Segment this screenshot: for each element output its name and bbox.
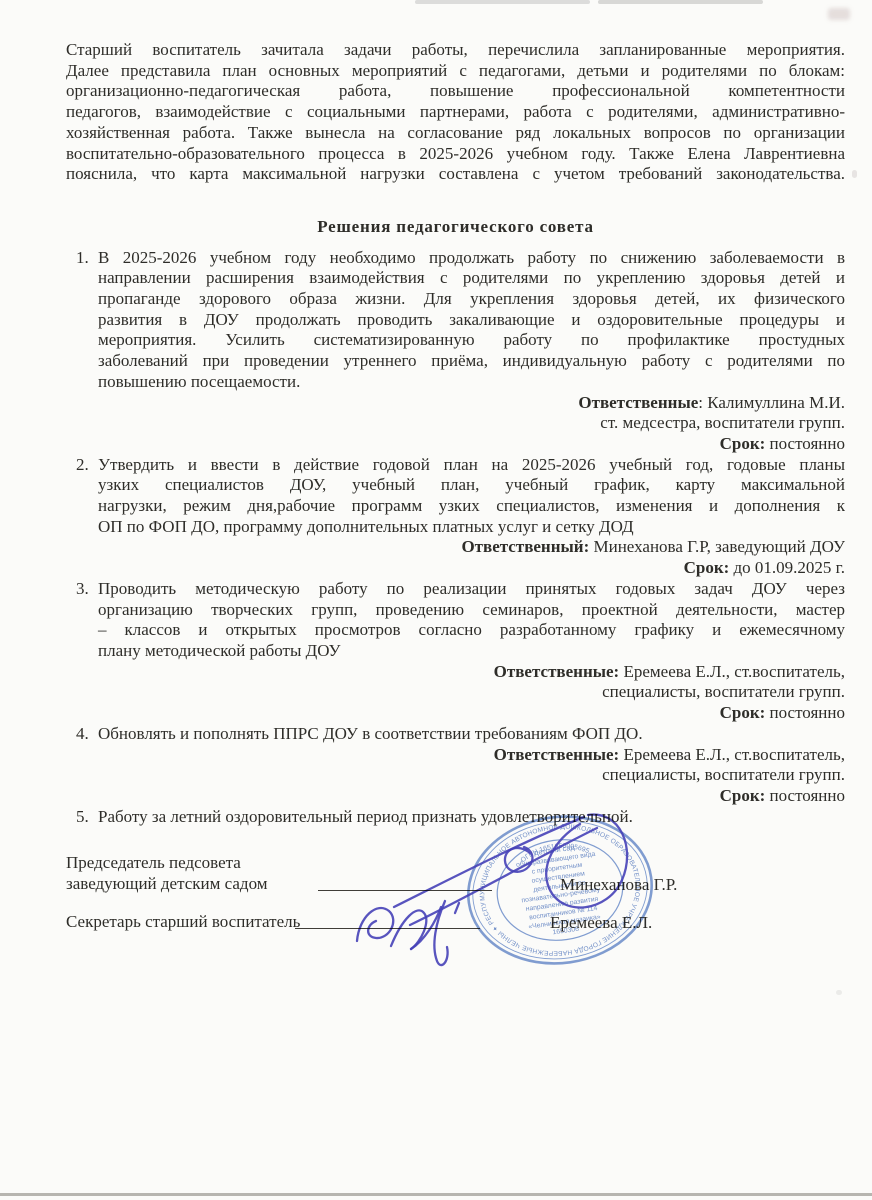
intro-line: хозяйственная работа. Также вынесла на с… [66,123,845,144]
intro-line: пояснила, что карта максимальной нагрузк… [66,164,845,185]
decision-line: Утвердить и ввести в действие годовой пл… [98,455,845,476]
intro-line: воспитательно-образовательного процесса … [66,144,845,165]
section-heading: Решения педагогического совета [66,217,845,238]
responsible-line: Ответственные: Калимуллина М.И. [98,393,845,414]
responsible-line: ст. медсестра, воспитатели групп. [98,413,845,434]
secretary-signature-line [295,928,480,929]
responsible-line: Срок: постоянно [98,786,845,807]
scan-edge-line [0,1193,872,1196]
decision-line: Работу за летний оздоровительный период … [98,807,845,828]
decision-line: Обновлять и пополнять ППРС ДОУ в соответ… [98,724,845,745]
decision-item: 4.Обновлять и пополнять ППРС ДОУ в соотв… [66,724,845,807]
responsible-line: специалисты, воспитатели групп. [98,765,845,786]
decision-line: В 2025-2026 учебном году необходимо прод… [98,248,845,269]
decision-line: пропаганде здорового образа жизни. Для у… [98,289,845,310]
document-body: Старший воспитатель зачитала задачи рабо… [66,40,845,827]
decision-item: 5.Работу за летний оздоровительный перио… [66,807,845,828]
scan-artifact [836,990,842,995]
chairman-role-row1: Председатель педсовета [66,852,845,873]
decision-line: направлении расширения взаимодействия с … [98,268,845,289]
scan-artifact [852,170,857,178]
responsible-line: Срок: постоянно [98,703,845,724]
responsible-line: Ответственные: Еремеева Е.Л., ст.воспита… [98,662,845,683]
signature-block: Председатель педсовета заведующий детски… [66,852,845,932]
decision-line: заболеваний при проведении утреннего при… [98,351,845,372]
chairman-role-line2: заведующий детским садом [66,874,268,893]
scan-artifact [598,0,763,4]
decision-line: ОП по ФОП ДО, программу дополнительных п… [98,517,845,538]
intro-paragraph: Старший воспитатель зачитала задачи рабо… [66,40,845,185]
secretary-row: Секретарь старший воспитатель Еремеева Е… [66,911,845,932]
decision-line: нагрузки, режим дня,рабочие программ узк… [98,496,845,517]
decision-line: плану методической работы ДОУ [98,641,845,662]
responsible-line: Срок: постоянно [98,434,845,455]
chairman-name: Минеханова Г.Р. [560,874,677,895]
intro-line: Далее представила план основных мероприя… [66,61,845,82]
intro-line: педагогов, взаимодействие с социальными … [66,102,845,123]
secretary-name: Еремеева Е.Л. [550,912,652,933]
decision-number: 5. [76,807,89,828]
secretary-role: Секретарь старший воспитатель [66,912,300,931]
decision-line: повышению посещаемости. [98,372,845,393]
scan-artifact [415,0,590,4]
intro-line: Старший воспитатель зачитала задачи рабо… [66,40,845,61]
chairman-signature-line [318,890,492,891]
scan-artifact [828,8,850,20]
responsible-line: Срок: до 01.09.2025 г. [98,558,845,579]
responsible-line: специалисты, воспитатели групп. [98,682,845,703]
decision-line: – классов и открытых просмотров согласно… [98,620,845,641]
scanned-document-page: Старший воспитатель зачитала задачи рабо… [0,0,872,1200]
decision-number: 1. [76,248,89,269]
decision-line: мероприятия. Усилить систематизированную… [98,330,845,351]
decisions-list: 1.В 2025-2026 учебном году необходимо пр… [66,248,845,828]
decision-line: узких специалистов ДОУ, учебный план, уч… [98,475,845,496]
responsible-line: Ответственный: Минеханова Г.Р, заведующи… [98,537,845,558]
decision-number: 4. [76,724,89,745]
chairman-role-line1: Председатель педсовета [66,853,241,872]
decision-line: развития в ДОУ продолжать проводить зака… [98,310,845,331]
responsible-line: Ответственные: Еремеева Е.Л., ст.воспита… [98,745,845,766]
decision-line: организацию творческих групп, проведению… [98,600,845,621]
decision-number: 3. [76,579,89,600]
decision-item: 2.Утвердить и ввести в действие годовой … [66,455,845,579]
decision-line: Проводить методическую работу по реализа… [98,579,845,600]
decision-item: 3.Проводить методическую работу по реали… [66,579,845,724]
decision-item: 1.В 2025-2026 учебном году необходимо пр… [66,248,845,455]
intro-line: организационно-педагогическая работа, по… [66,81,845,102]
chairman-role-row2: заведующий детским садом Минеханова Г.Р. [66,873,845,894]
decision-number: 2. [76,455,89,476]
